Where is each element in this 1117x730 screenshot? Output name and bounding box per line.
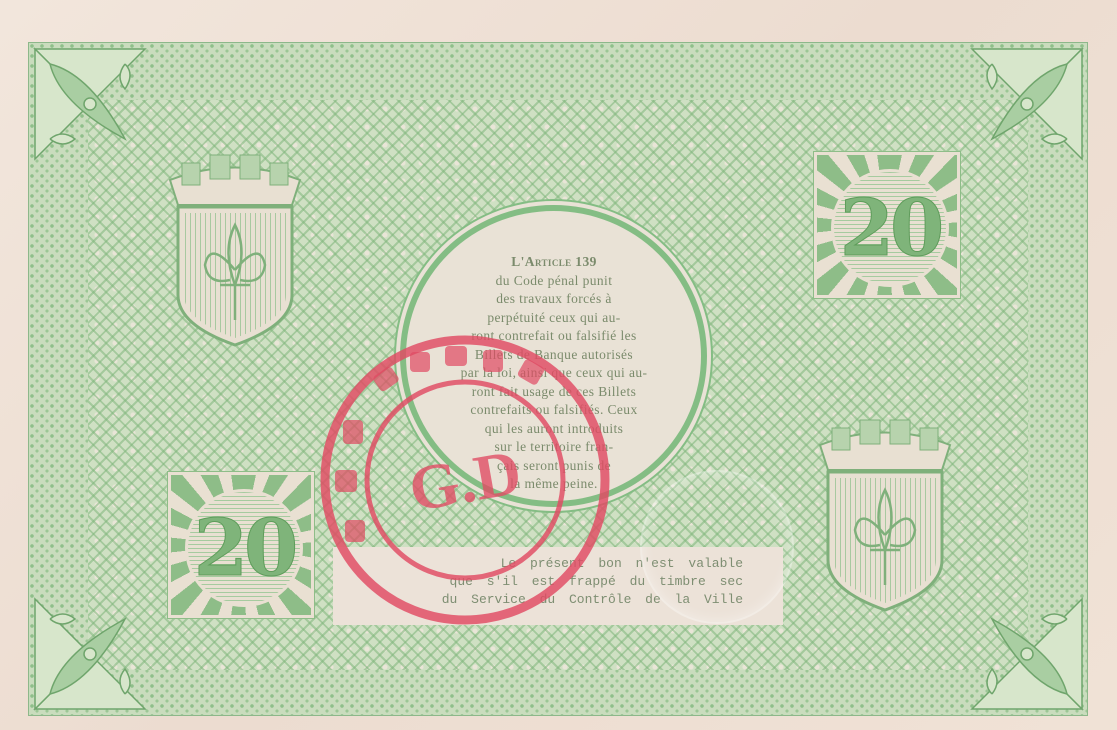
corner-ornament-icon [967,44,1087,164]
red-ink-stamp: G.D [315,330,615,630]
coat-of-arms-fleur-de-lis-icon [160,145,310,350]
article-heading: L'Article 139 [434,253,674,272]
denomination-value: 20 [194,503,295,594]
corner-ornament-icon [30,44,150,164]
denomination-panel: 20 [168,472,314,618]
dry-seal-emboss [640,470,794,624]
stamp-center-text: G.D [404,436,527,525]
article-line: des travaux forcés à [434,290,674,309]
corner-ornament-icon [967,594,1087,714]
corner-ornament-icon [30,594,150,714]
banknote-reverse: 20 20 L'Article 139 du Code pénal punit … [0,0,1117,730]
denomination-value: 20 [840,183,941,274]
article-line: perpétuité ceux qui au- [434,309,674,328]
coat-of-arms-fleur-de-lis-icon [810,410,960,615]
article-line: du Code pénal punit [434,272,674,291]
denomination-panel: 20 [814,152,960,298]
